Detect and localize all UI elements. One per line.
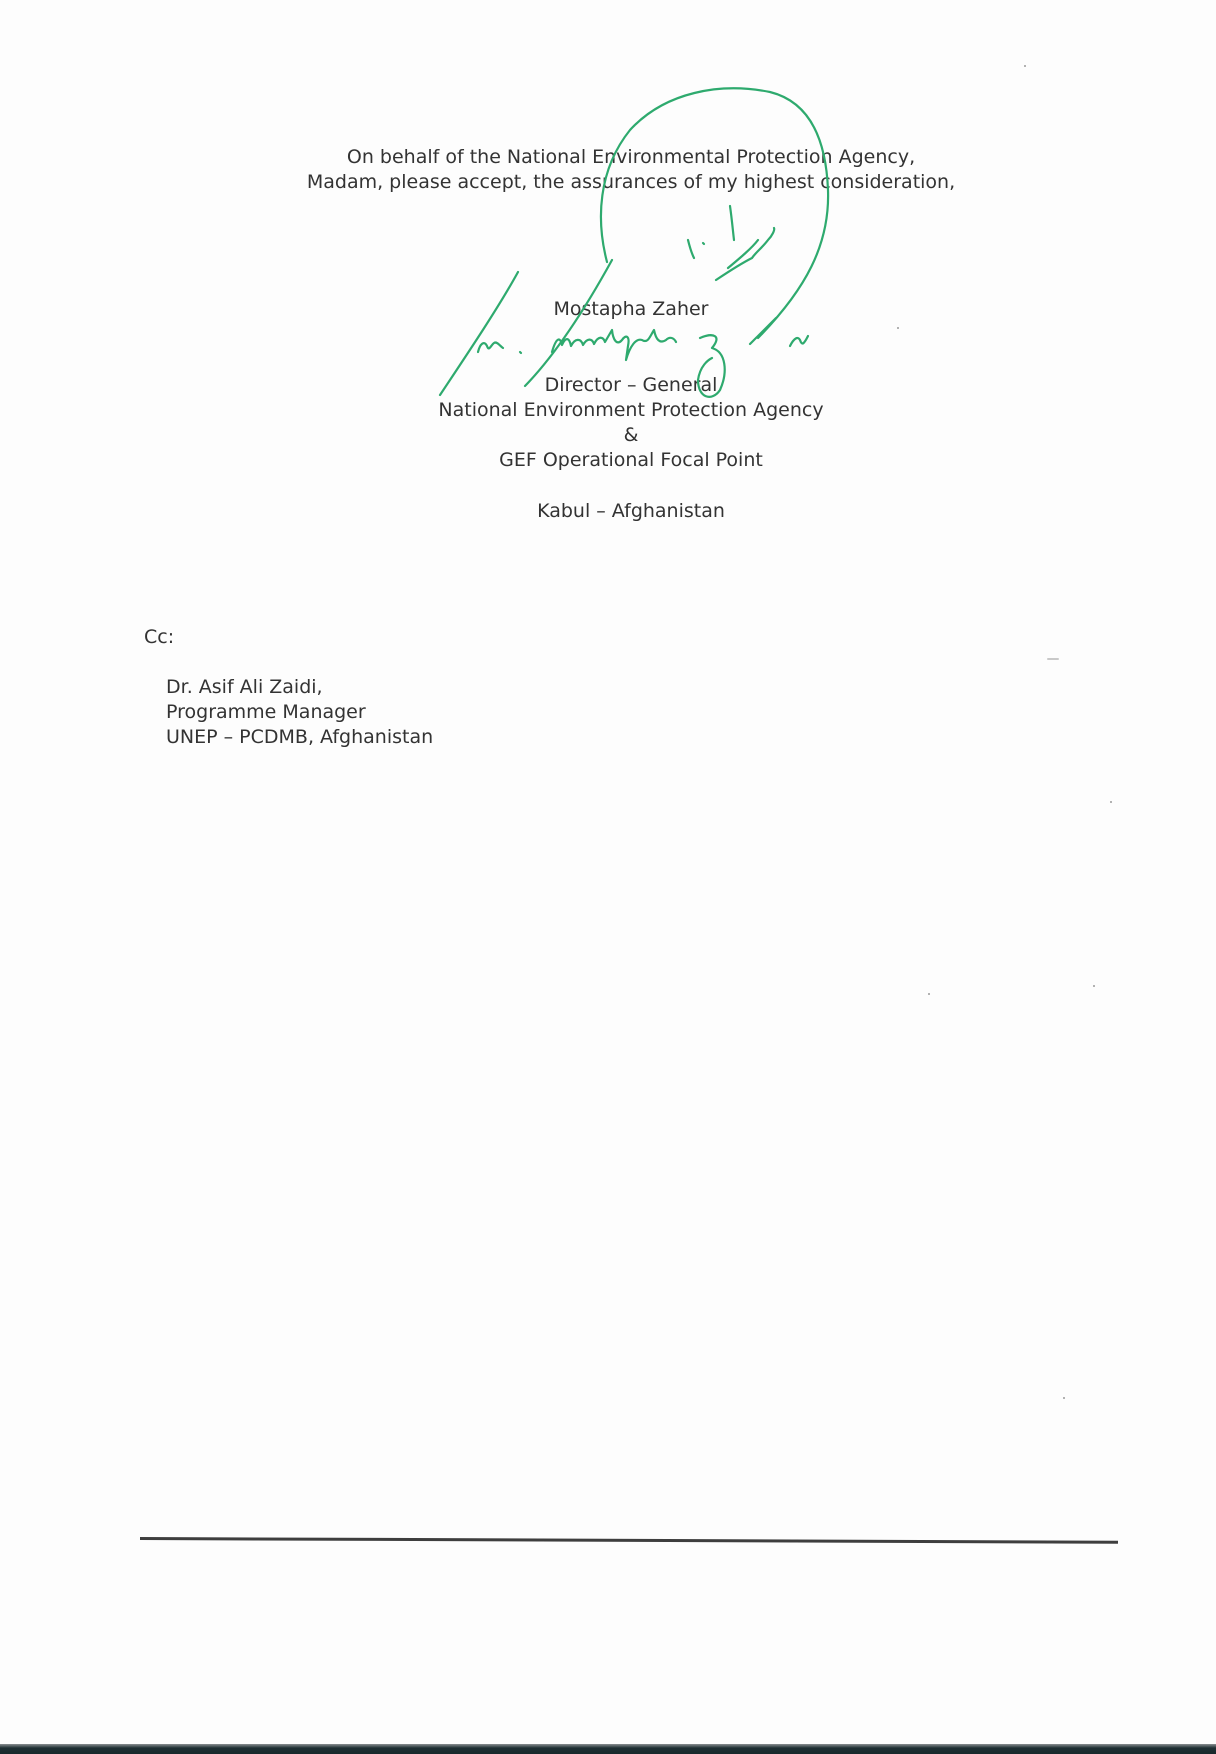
- scan-speck: [1024, 65, 1026, 67]
- signatory-role: GEF Operational Focal Point: [0, 448, 1216, 473]
- cc-recipient-position: Programme Manager: [166, 700, 366, 725]
- scan-speck: [897, 327, 899, 329]
- signatory-location: Kabul – Afghanistan: [0, 499, 1216, 524]
- closing-line-2: Madam, please accept, the assurances of …: [0, 170, 1216, 195]
- cc-recipient-name: Dr. Asif Ali Zaidi,: [166, 675, 323, 700]
- signatory-ampersand: &: [0, 423, 1216, 448]
- scan-speck: [1063, 1397, 1065, 1399]
- cc-label: Cc:: [144, 625, 174, 650]
- signatory-organization: National Environment Protection Agency: [0, 398, 1216, 423]
- scan-speck: [1047, 658, 1059, 660]
- scan-edge: [0, 1744, 1216, 1754]
- signatory-name: Mostapha Zaher: [0, 297, 1216, 322]
- signatory-title: Director – General: [0, 373, 1216, 398]
- handwritten-signature: [0, 0, 1216, 1754]
- scan-speck: [1093, 985, 1095, 987]
- cc-recipient-organization: UNEP – PCDMB, Afghanistan: [166, 725, 433, 750]
- scan-speck: [1110, 801, 1112, 803]
- footer-divider: [140, 1537, 1118, 1544]
- scan-speck: [928, 993, 930, 995]
- closing-line-1: On behalf of the National Environmental …: [0, 145, 1216, 170]
